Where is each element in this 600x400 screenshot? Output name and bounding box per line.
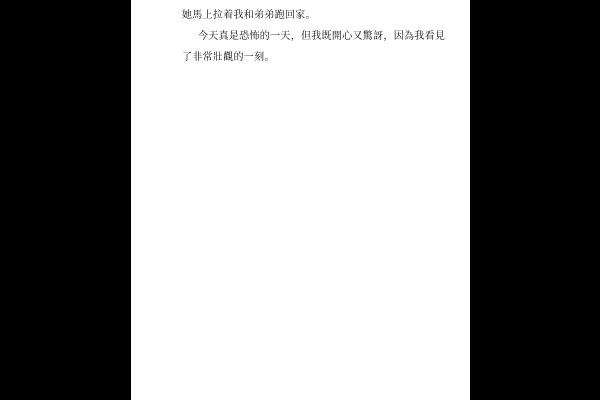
- document-page: 她馬上拉着我和弟弟跑回家。 今天真是恐怖的一天，但我既開心又驚訝，因為我看見 了…: [131, 0, 470, 400]
- text-line-paragraph-start: 今天真是恐怖的一天，但我既開心又驚訝，因為我看見: [198, 31, 445, 43]
- document-viewer: 她馬上拉着我和弟弟跑回家。 今天真是恐怖的一天，但我既開心又驚訝，因為我看見 了…: [0, 0, 600, 400]
- text-line: 她馬上拉着我和弟弟跑回家。: [182, 10, 316, 22]
- text-line: 了非常壯觀的一刻。: [182, 52, 275, 64]
